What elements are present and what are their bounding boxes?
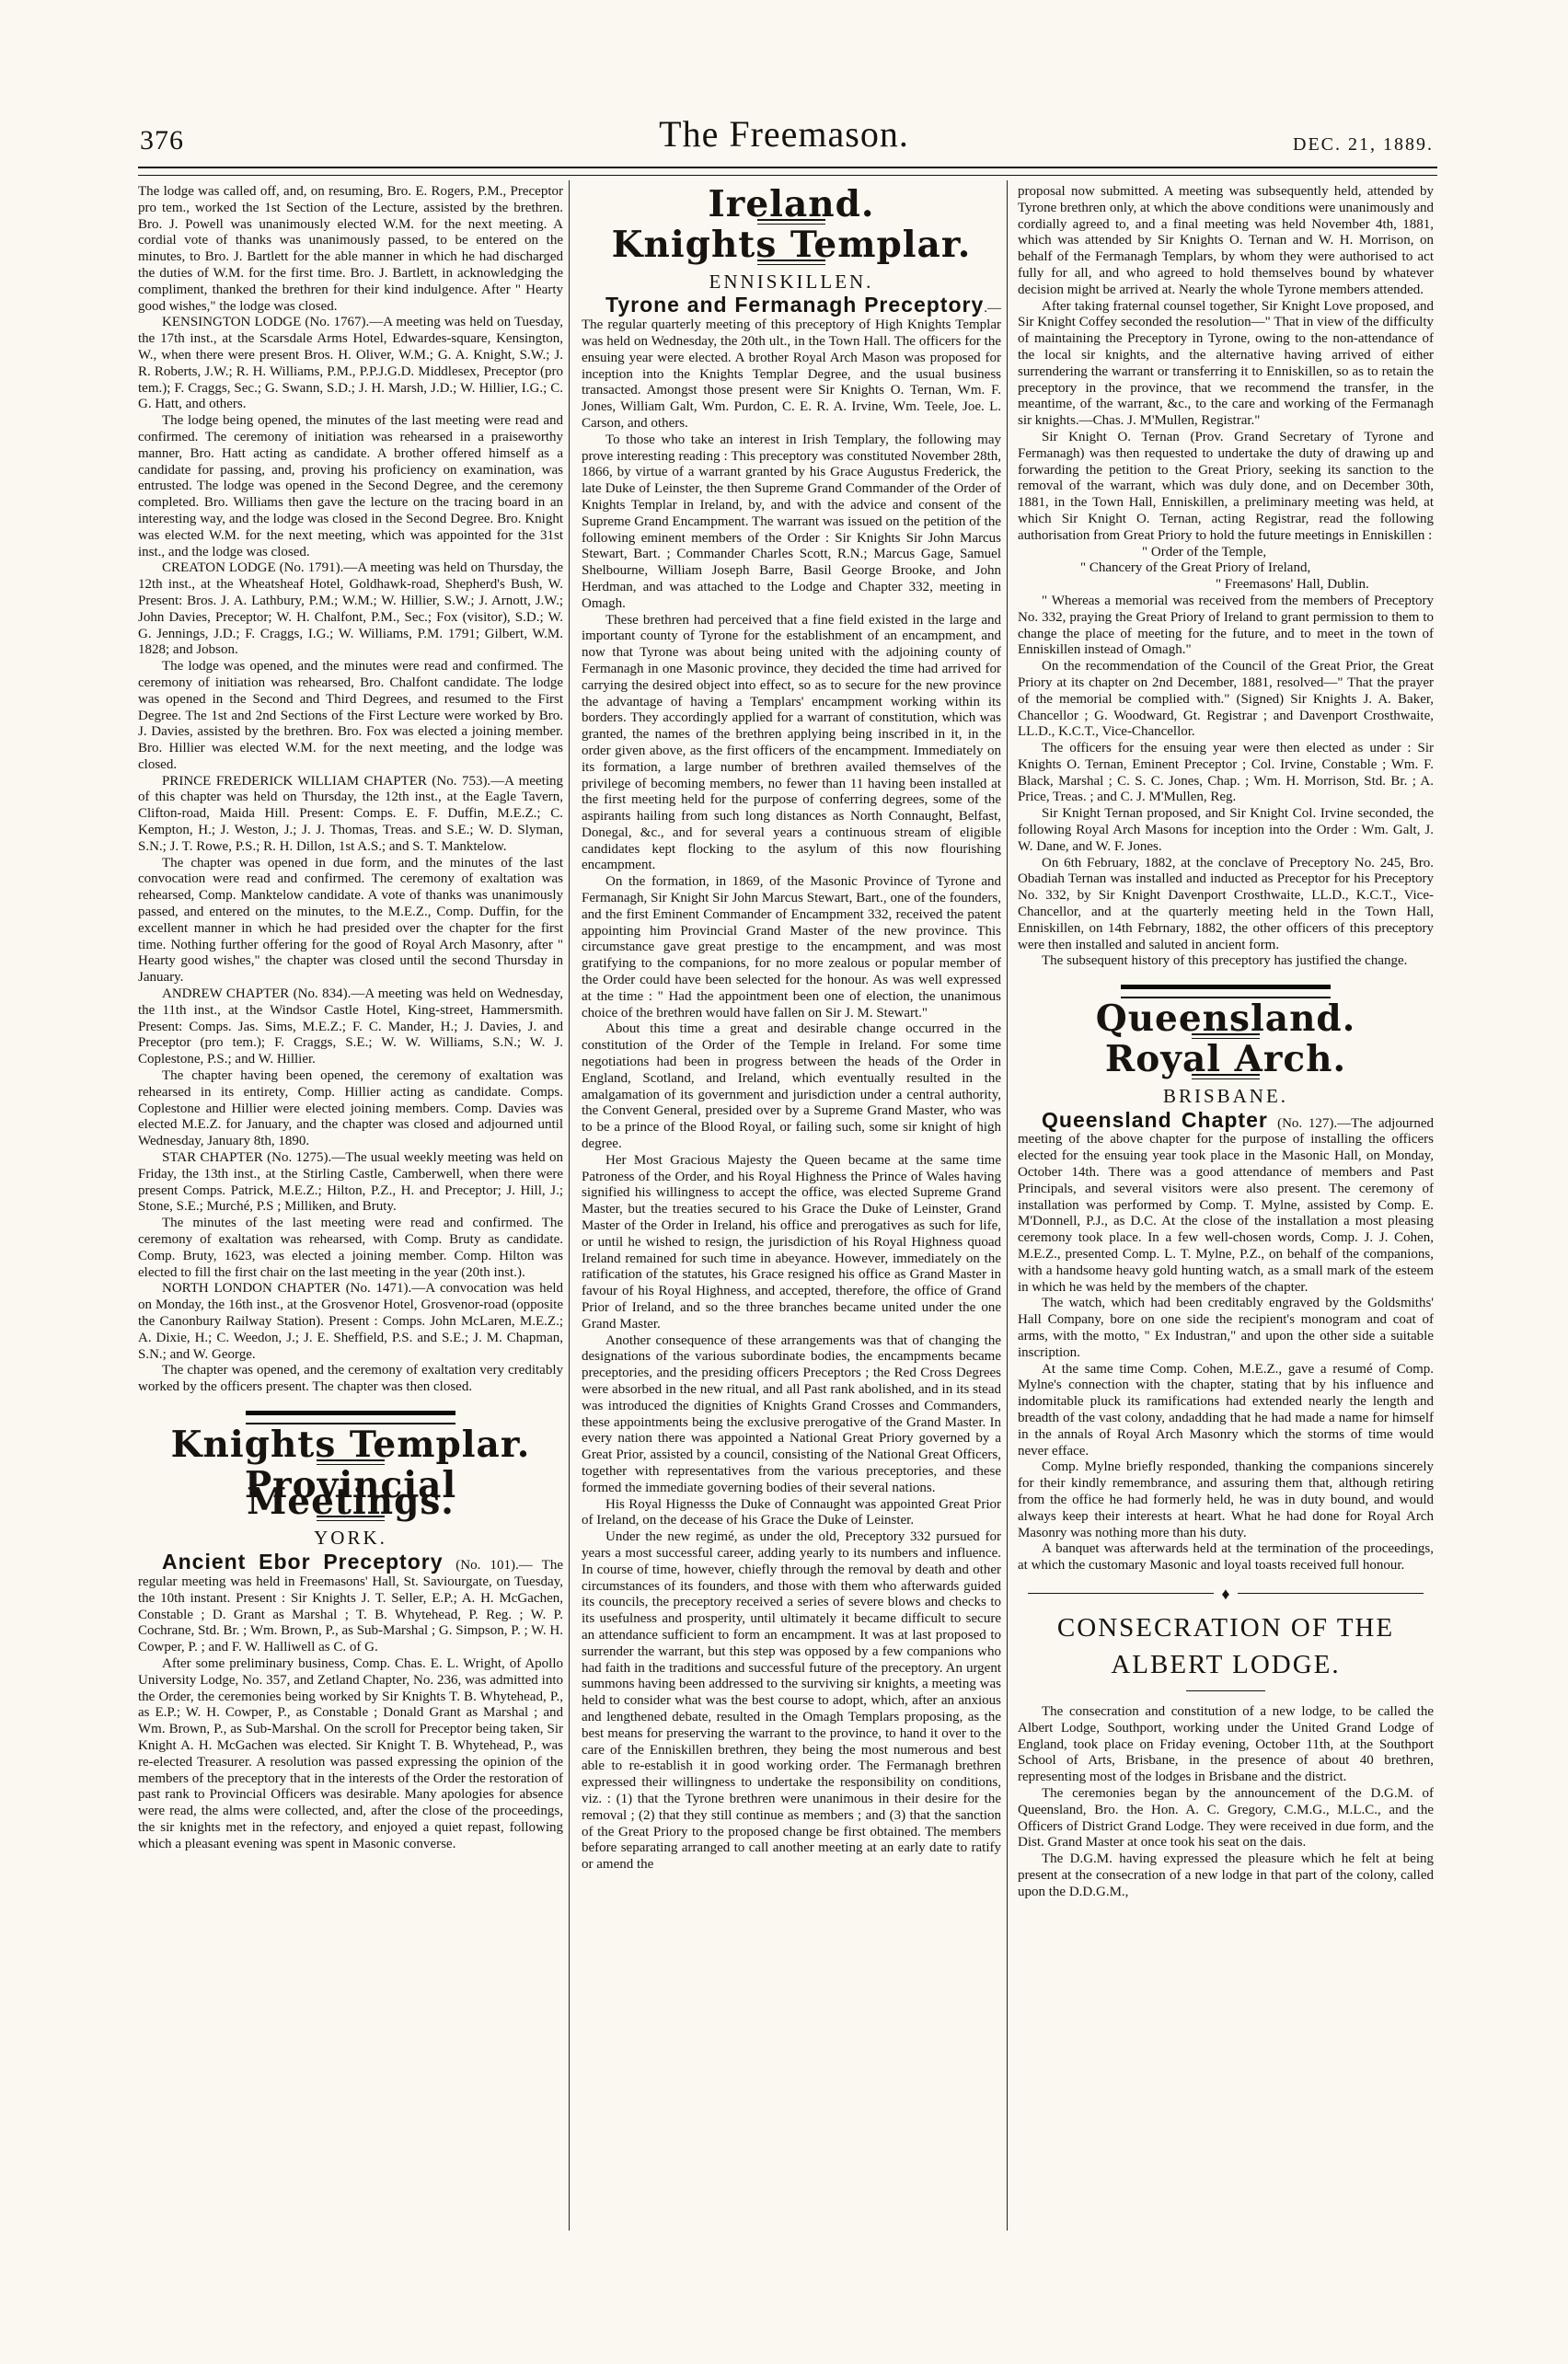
article-paragraph: Queensland Chapter (No. 127).—The adjour…: [1018, 1113, 1434, 1297]
article-paragraph: Sir Knight Ternan proposed, and Sir Knig…: [1018, 806, 1434, 855]
article-paragraph: proposal now submitted. A meeting was su…: [1018, 184, 1434, 299]
article-paragraph: Her Most Gracious Majesty the Queen beca…: [582, 1153, 1001, 1333]
section-heading: Knights Templar.: [582, 237, 1001, 254]
section-heading: Knights Templar.: [138, 1437, 563, 1454]
article-paragraph: Comp. Mylne briefly responded, thanking …: [1018, 1459, 1434, 1541]
article-paragraph: Tyrone and Fermanagh Preceptory.—The reg…: [582, 297, 1001, 432]
article-paragraph: NORTH LONDON CHAPTER (No. 1471).—A convo…: [138, 1281, 563, 1363]
article-paragraph: The ceremonies began by the announcement…: [1018, 1786, 1434, 1851]
article-paragraph: Ancient Ebor Preceptory (No. 101).— The …: [138, 1554, 563, 1656]
article-paragraph: His Royal Hignesss the Duke of Connaught…: [582, 1497, 1001, 1530]
column-left: The lodge was called off, and, on resumi…: [138, 184, 563, 1853]
article-paragraph: To those who take an interest in Irish T…: [582, 432, 1001, 613]
section-divider-bar: [1121, 985, 1331, 998]
article-paragraph: The minutes of the last meeting were rea…: [138, 1216, 563, 1281]
article-paragraph: ANDREW CHAPTER (No. 834).—A meeting was …: [138, 986, 563, 1068]
section-wrapper: Provincial Meetings.: [138, 1478, 563, 1522]
section-wrapper: Queensland.: [1018, 1011, 1434, 1039]
article-paragraph: The chapter was opened, and the ceremony…: [138, 1363, 563, 1396]
place-subheading: BRISBANE.: [1018, 1089, 1434, 1105]
article-heading: CONSECRATION OF THE ALBERT LODGE.: [1018, 1609, 1434, 1683]
ornament-line: [1238, 1593, 1424, 1594]
article-paragraph: STAR CHAPTER (No. 1275).—The usual weekl…: [138, 1150, 563, 1216]
article-paragraph: The lodge was called off, and, on resumi…: [138, 184, 563, 315]
article-text: (No. 127).—The adjourned meeting of the …: [1018, 1116, 1434, 1295]
address-line: " Freemasons' Hall, Dublin.: [1216, 577, 1434, 594]
article-paragraph: " Whereas a memorial was received from t…: [1018, 594, 1434, 659]
column-divider: [569, 180, 570, 2231]
article-lead: Tyrone and Fermanagh Preceptory: [605, 293, 984, 317]
issue-date: DEC. 21, 1889.: [1293, 134, 1434, 156]
section-wrapper: Royal Arch.: [1018, 1052, 1434, 1079]
address-block: " Order of the Temple," Chancery of the …: [1018, 545, 1434, 594]
section-wrapper: Knights Templar.: [138, 1437, 563, 1465]
section-heading: Queensland.: [1018, 1011, 1434, 1028]
ornament-line: [1028, 1593, 1214, 1594]
column-divider: [1007, 180, 1008, 2231]
section-heading: Ireland.: [582, 197, 1001, 213]
article-paragraph: The officers for the ensuing year were t…: [1018, 741, 1434, 806]
article-paragraph: On the formation, in 1869, of the Masoni…: [582, 874, 1001, 1021]
article-lead: Queensland Chapter: [1042, 1108, 1277, 1132]
article-paragraph: These brethren had perceived that a fine…: [582, 613, 1001, 875]
article-paragraph: The chapter was opened in due form, and …: [138, 856, 563, 986]
section-heading: Provincial Meetings.: [138, 1478, 563, 1511]
place-subheading: ENNISKILLEN.: [582, 274, 1001, 291]
address-line: " Chancery of the Great Priory of Irelan…: [1080, 560, 1434, 577]
article-paragraph: Under the new regimé, as under the old, …: [582, 1529, 1001, 1874]
diamond-icon: ♦: [1214, 1589, 1237, 1598]
article-paragraph: CREATON LODGE (No. 1791).—A meeting was …: [138, 560, 563, 659]
article-paragraph: The lodge being opened, the minutes of t…: [138, 413, 563, 560]
article-lead: Ancient Ebor Preceptory: [162, 1550, 455, 1574]
column-middle: Ireland.Knights Templar.ENNISKILLEN.Tyro…: [582, 184, 1001, 1874]
column-right: proposal now submitted. A meeting was su…: [1018, 184, 1434, 1901]
article-paragraph: On 6th February, 1882, at the conclave o…: [1018, 856, 1434, 954]
article-paragraph: On the recommendation of the Council of …: [1018, 659, 1434, 741]
article-paragraph: The D.G.M. having expressed the pleasure…: [1018, 1851, 1434, 1900]
article-paragraph: The chapter having been opened, the cere…: [138, 1068, 563, 1150]
section-heading: Royal Arch.: [1018, 1052, 1434, 1068]
section-wrapper: Ireland.: [582, 197, 1001, 225]
ornament-divider: ♦: [1028, 1589, 1424, 1598]
article-paragraph: After taking fraternal counsel together,…: [1018, 299, 1434, 430]
article-paragraph: A banquet was afterwards held at the ter…: [1018, 1541, 1434, 1574]
article-paragraph: After some preliminary business, Comp. C…: [138, 1656, 563, 1853]
address-line: " Order of the Temple,: [1142, 545, 1434, 561]
section-wrapper: Knights Templar.: [582, 237, 1001, 265]
article-text: .—The regular quarterly meeting of this …: [582, 301, 1001, 431]
article-paragraph: The consecration and constitution of a n…: [1018, 1704, 1434, 1786]
article-paragraph: The watch, which had been creditably eng…: [1018, 1296, 1434, 1361]
header-rule: [138, 167, 1437, 176]
article-paragraph: The lodge was opened, and the minutes we…: [138, 659, 563, 774]
article-paragraph: At the same time Comp. Cohen, M.E.Z., ga…: [1018, 1362, 1434, 1460]
article-paragraph: Another consequence of these arrangement…: [582, 1333, 1001, 1497]
article-paragraph: Sir Knight O. Ternan (Prov. Grand Secret…: [1018, 430, 1434, 545]
heading-rule: [1186, 1690, 1265, 1691]
section-divider-bar: [246, 1411, 455, 1424]
article-paragraph: The subsequent history of this preceptor…: [1018, 953, 1434, 970]
article-paragraph: About this time a great and desirable ch…: [582, 1021, 1001, 1152]
place-subheading: YORK.: [138, 1530, 563, 1547]
article-paragraph: PRINCE FREDERICK WILLIAM CHAPTER (No. 75…: [138, 774, 563, 856]
article-paragraph: KENSINGTON LODGE (No. 1767).—A meeting w…: [138, 315, 563, 413]
